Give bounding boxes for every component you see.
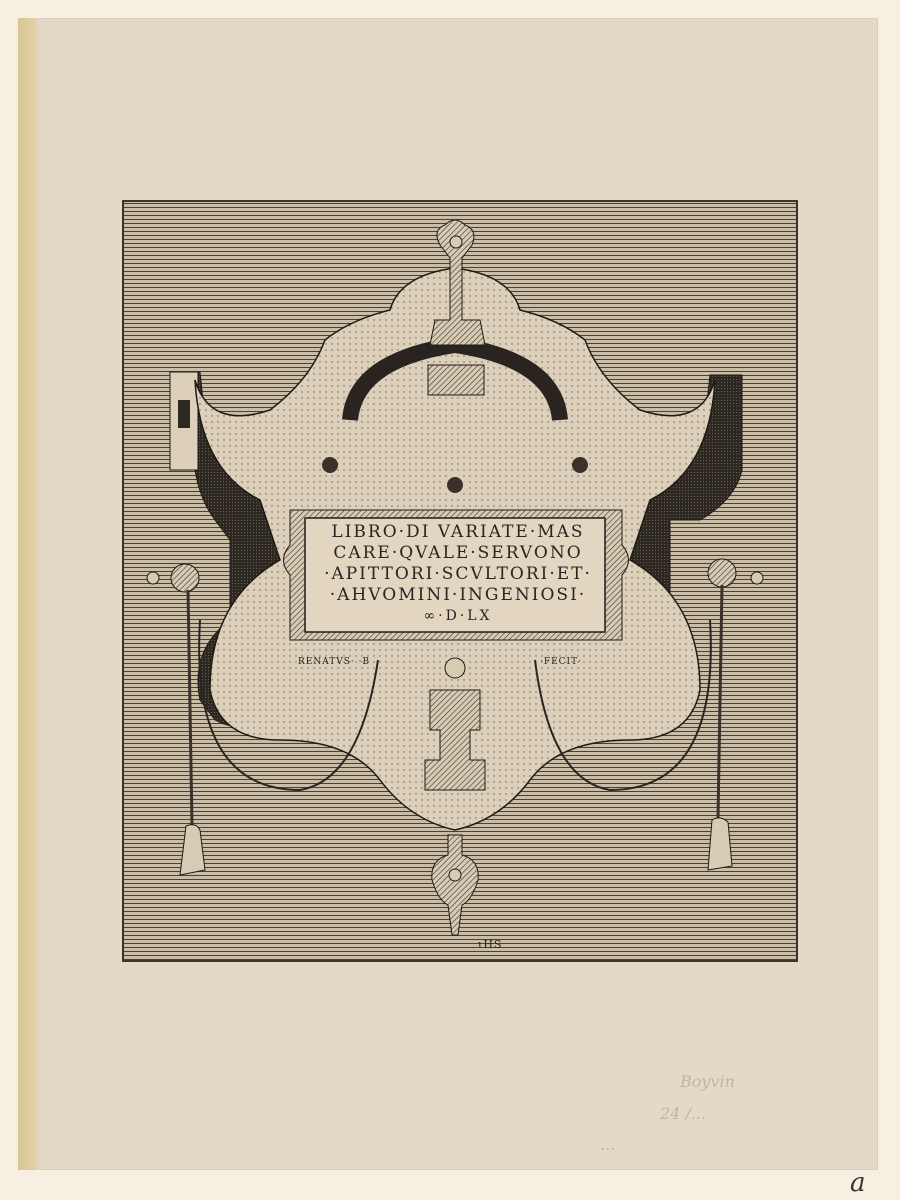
title-inscription: LIBRO·DI VARIATE·MAS CARE·QVALE·SERVONO … bbox=[308, 522, 608, 627]
pencil-note-3: ... bbox=[600, 1135, 615, 1154]
inscription-line-3: ·APITTORI·SCVLTORI·ET· bbox=[308, 564, 608, 585]
signature-left: RENATVS· ·B bbox=[298, 657, 370, 667]
pencil-note-1: Boyvin bbox=[680, 1072, 735, 1091]
inscription-line-1: LIBRO·DI VARIATE·MAS bbox=[308, 522, 608, 543]
monogram-bottom: ιHS bbox=[478, 938, 502, 951]
inscription-date: ∞·D·LX bbox=[308, 606, 608, 627]
pencil-note-2: 24 /... bbox=[660, 1104, 706, 1123]
inscription-line-2: CARE·QVALE·SERVONO bbox=[308, 543, 608, 564]
corner-letter: a bbox=[850, 1168, 866, 1198]
signature-right: ·FECIT· bbox=[540, 657, 582, 667]
inscription-line-4: ·AHVOMINI·INGENIOSI· bbox=[308, 585, 608, 606]
